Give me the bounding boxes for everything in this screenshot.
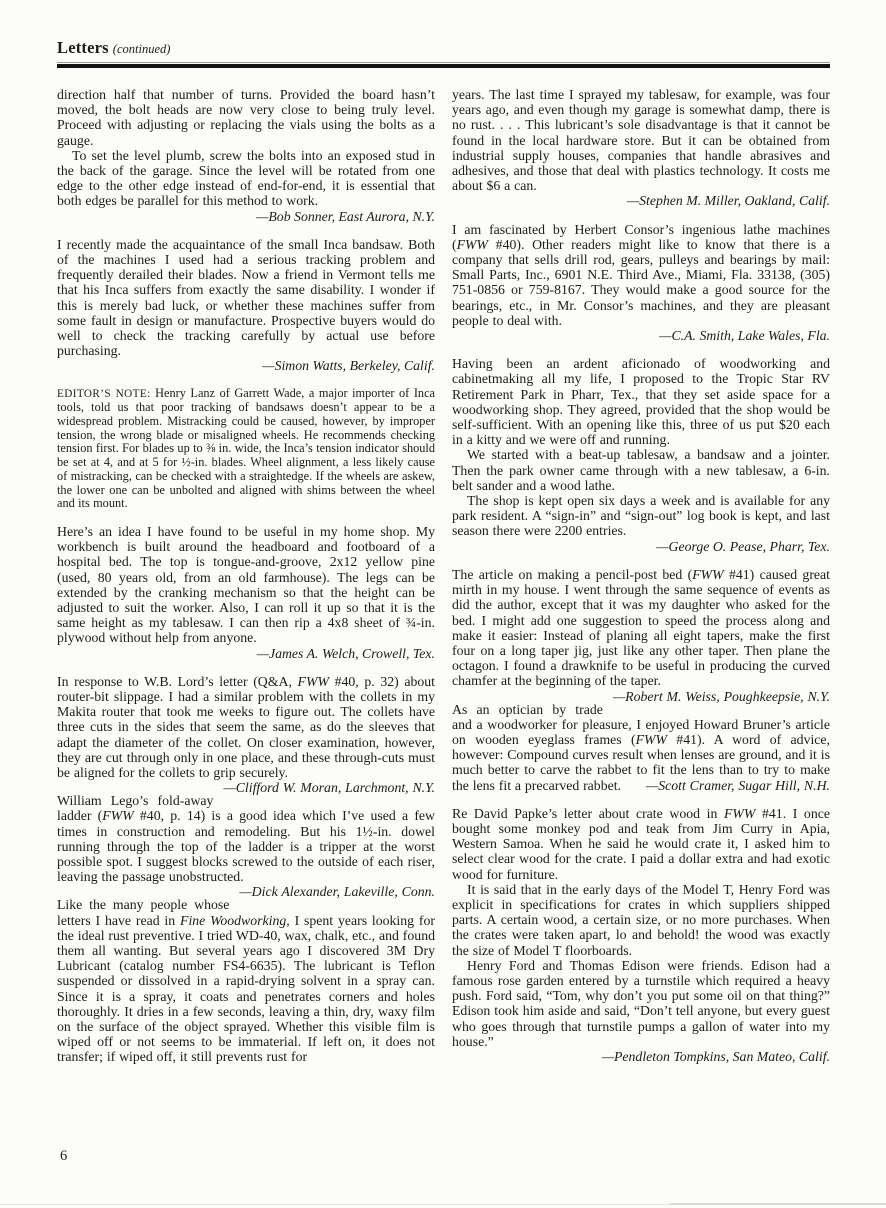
editors-note-body: Henry Lanz of Garrett Wade, a major impo… bbox=[57, 386, 435, 511]
letter-paragraph: Having been an ardent aficionado of wood… bbox=[452, 356, 830, 447]
letter-paragraph: I am fascinated by Herbert Consor’s inge… bbox=[452, 222, 830, 328]
letter-paragraph: We started with a beat-up tablesaw, a ba… bbox=[452, 447, 830, 493]
letter-paragraph: The article on making a pencil-post bed … bbox=[452, 567, 830, 689]
letter-paragraph: Here’s an idea I have found to be useful… bbox=[57, 524, 435, 646]
text-columns: direction half that number of turns. Pro… bbox=[57, 87, 830, 1065]
letter-block: direction half that number of turns. Pro… bbox=[57, 87, 435, 224]
letter-signature: —Pendleton Tompkins, San Mateo, Calif. bbox=[452, 1049, 830, 1064]
right-column: years. The last time I sprayed my tables… bbox=[452, 87, 830, 1065]
letter-signature: —Dick Alexander, Lakeville, Conn. bbox=[229, 884, 435, 899]
editors-note-label: EDITOR’S NOTE: bbox=[57, 388, 151, 400]
letter-block: Like the many people whose letters I hav… bbox=[57, 897, 435, 1064]
header-line: Letters(continued) bbox=[57, 38, 830, 58]
letter-paragraph: Henry Ford and Thomas Edison were friend… bbox=[452, 958, 830, 1049]
letter-signature: —Clifford W. Moran, Larchmont, N.Y. bbox=[213, 780, 435, 795]
letter-block: Re David Papke’s letter about crate wood… bbox=[452, 806, 830, 1064]
letter-paragraph: In response to W.B. Lord’s letter (Q&A, … bbox=[57, 674, 435, 780]
letter-block: The article on making a pencil-post bed … bbox=[452, 567, 830, 689]
letter-paragraph-text: The article on making a pencil-post bed … bbox=[452, 567, 830, 688]
letter-paragraph: Like the many people whose letters I hav… bbox=[57, 897, 435, 1064]
magazine-page: Letters(continued) direction half that n… bbox=[0, 0, 886, 1208]
letter-signature: —Robert M. Weiss, Poughkeepsie, N.Y. bbox=[603, 689, 830, 704]
letter-block: Having been an ardent aficionado of wood… bbox=[452, 356, 830, 554]
header-rule-thick bbox=[57, 64, 830, 68]
editors-note: EDITOR’S NOTE: Henry Lanz of Garrett Wad… bbox=[57, 387, 435, 511]
letter-signature: —C.A. Smith, Lake Wales, Fla. bbox=[452, 328, 830, 343]
letter-signature: —George O. Pease, Pharr, Tex. bbox=[452, 539, 830, 554]
letter-block: In response to W.B. Lord’s letter (Q&A, … bbox=[57, 674, 435, 780]
letter-signature: —Bob Sonner, East Aurora, N.Y. bbox=[57, 209, 435, 224]
letter-paragraph: I recently made the acquaintance of the … bbox=[57, 237, 435, 359]
header-rule bbox=[57, 62, 830, 68]
header-rule-thin bbox=[57, 62, 830, 63]
letter-paragraph: William Lego’s fold-away ladder (FWW #40… bbox=[57, 793, 435, 884]
letter-block: I recently made the acquaintance of the … bbox=[57, 237, 435, 374]
letter-signature: —Scott Cramer, Sugar Hill, N.H. bbox=[636, 778, 830, 793]
letter-paragraph: The shop is kept open six days a week an… bbox=[452, 493, 830, 539]
bottom-rule-right bbox=[670, 1203, 886, 1205]
editors-note-text: EDITOR’S NOTE: Henry Lanz of Garrett Wad… bbox=[57, 387, 435, 511]
header: Letters(continued) bbox=[57, 38, 830, 68]
letter-block: years. The last time I sprayed my tables… bbox=[452, 87, 830, 209]
letter-paragraph-text: William Lego’s fold-away ladder (FWW #40… bbox=[57, 793, 435, 884]
letter-paragraph-text: In response to W.B. Lord’s letter (Q&A, … bbox=[57, 674, 435, 780]
letter-signature: —James A. Welch, Crowell, Tex. bbox=[57, 646, 435, 661]
letter-signature: —Stephen M. Miller, Oakland, Calif. bbox=[452, 193, 830, 208]
letter-block: William Lego’s fold-away ladder (FWW #40… bbox=[57, 793, 435, 884]
letter-paragraph: years. The last time I sprayed my tables… bbox=[452, 87, 830, 193]
letter-paragraph: To set the level plumb, screw the bolts … bbox=[57, 148, 435, 209]
page-subtitle: (continued) bbox=[113, 42, 171, 56]
letter-paragraph: direction half that number of turns. Pro… bbox=[57, 87, 435, 148]
page-number: 6 bbox=[60, 1148, 67, 1165]
letter-block: Here’s an idea I have found to be useful… bbox=[57, 524, 435, 661]
letter-block: As an optician by trade and a woodworker… bbox=[452, 702, 830, 793]
left-column: direction half that number of turns. Pro… bbox=[57, 87, 435, 1065]
page-title: Letters bbox=[57, 38, 109, 57]
letter-block: I am fascinated by Herbert Consor’s inge… bbox=[452, 222, 830, 344]
letter-paragraph: As an optician by trade and a woodworker… bbox=[452, 702, 830, 793]
letter-paragraph: Re David Papke’s letter about crate wood… bbox=[452, 806, 830, 882]
letter-signature: —Simon Watts, Berkeley, Calif. bbox=[57, 358, 435, 373]
letter-paragraph: It is said that in the early days of the… bbox=[452, 882, 830, 958]
